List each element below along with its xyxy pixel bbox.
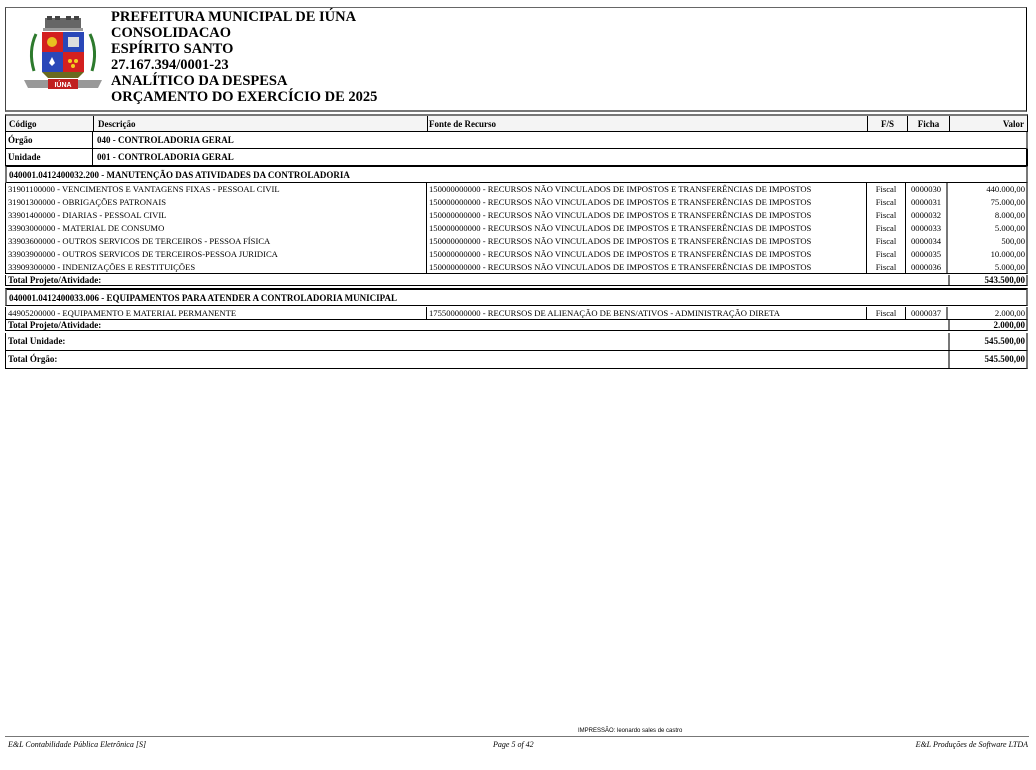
item-fs: Fiscal <box>866 235 906 248</box>
item-fs: Fiscal <box>866 307 906 319</box>
item-descricao: 31901300000 - OBRIGAÇÕES PATRONAIS <box>8 196 426 209</box>
item-fs: Fiscal <box>866 222 906 235</box>
page-number: Page 5 of 42 <box>493 740 534 749</box>
item-descricao: 31901100000 - VENCIMENTOS E VANTAGENS FI… <box>8 183 426 196</box>
total-unidade-row: Total Unidade: 545.500,00 <box>5 333 1028 351</box>
item-ficha: 0000036 <box>906 261 948 273</box>
item-valor: 500,00 <box>948 235 1027 248</box>
report-type: ANALÍTICO DA DESPESA <box>111 73 377 89</box>
table-row: 33909300000 - INDENIZAÇÕES E RESTITUIÇÕE… <box>5 261 1028 274</box>
table-row: 44905200000 - EQUIPAMENTO E MATERIAL PER… <box>5 307 1028 320</box>
item-ficha: 0000032 <box>906 209 948 222</box>
col-descricao: Descrição <box>93 116 427 132</box>
item-ficha: 0000034 <box>906 235 948 248</box>
footer-company-name: E&L Produções de Software LTDA <box>916 740 1028 749</box>
project-total-label: Total Projeto/Atividade: <box>8 320 408 330</box>
item-fs: Fiscal <box>866 261 906 273</box>
consolidation-label: CONSOLIDACAO <box>111 25 377 41</box>
item-valor: 5.000,00 <box>948 222 1027 235</box>
item-descricao: 33903900000 - OUTROS SERVICOS DE TERCEIR… <box>8 248 426 261</box>
item-fonte: 150000000000 - RECURSOS NÃO VINCULADOS D… <box>426 222 866 235</box>
footer-system-name: E&L Contabilidade Pública Eletrônica [S] <box>8 740 146 749</box>
budget-year: ORÇAMENTO DO EXERCÍCIO DE 2025 <box>111 89 377 105</box>
table-row: 33903000000 - MATERIAL DE CONSUMO1500000… <box>5 222 1028 235</box>
project-title-row: 040001.0412400032.200 - MANUTENÇÃO DAS A… <box>5 166 1028 183</box>
item-ficha: 0000030 <box>906 183 948 196</box>
item-fonte: 150000000000 - RECURSOS NÃO VINCULADOS D… <box>426 183 866 196</box>
item-valor: 10.000,00 <box>948 248 1027 261</box>
table-row: 31901300000 - OBRIGAÇÕES PATRONAIS150000… <box>5 196 1028 209</box>
project-total-row: Total Projeto/Atividade: 2.000,00 <box>5 320 1028 331</box>
item-fs: Fiscal <box>866 196 906 209</box>
orgao-value: 040 - CONTROLADORIA GERAL <box>92 132 992 148</box>
item-ficha: 0000031 <box>906 196 948 209</box>
item-valor: 8.000,00 <box>948 209 1027 222</box>
table-row: 33901400000 - DIARIAS - PESSOAL CIVIL150… <box>5 209 1028 222</box>
state-name: ESPÍRITO SANTO <box>111 41 377 57</box>
item-descricao: 33901400000 - DIARIAS - PESSOAL CIVIL <box>8 209 426 222</box>
item-valor: 2.000,00 <box>948 307 1027 319</box>
table-column-header: Código Descrição Fonte de Recurso F/S Fi… <box>5 114 1028 132</box>
item-fs: Fiscal <box>866 209 906 222</box>
unidade-label: Unidade <box>8 149 92 165</box>
report-header: IÚNA PREFEITURA MUNICIPAL DE IÚNA CONSOL… <box>5 7 1027 112</box>
svg-text:IÚNA: IÚNA <box>54 80 71 89</box>
item-fs: Fiscal <box>866 248 906 261</box>
item-valor: 5.000,00 <box>948 261 1027 273</box>
item-ficha: 0000037 <box>906 307 948 319</box>
item-ficha: 0000035 <box>906 248 948 261</box>
col-valor: Valor <box>949 116 1027 132</box>
item-descricao: 33903000000 - MATERIAL DE CONSUMO <box>8 222 426 235</box>
printed-by: IMPRESSÃO: leonardo sales de castro <box>578 728 682 734</box>
project-title: 040001.0412400033.006 - EQUIPAMENTOS PAR… <box>9 290 909 305</box>
item-fonte: 150000000000 - RECURSOS NÃO VINCULADOS D… <box>426 235 866 248</box>
item-fonte: 150000000000 - RECURSOS NÃO VINCULADOS D… <box>426 261 866 273</box>
project-total-value: 543.500,00 <box>948 275 1027 285</box>
item-fonte: 150000000000 - RECURSOS NÃO VINCULADOS D… <box>426 196 866 209</box>
item-ficha: 0000033 <box>906 222 948 235</box>
item-valor: 75.000,00 <box>948 196 1027 209</box>
project-title-row: 040001.0412400033.006 - EQUIPAMENTOS PAR… <box>5 288 1028 306</box>
cnpj: 27.167.394/0001-23 <box>111 57 377 73</box>
col-codigo: Código <box>9 116 93 132</box>
item-descricao: 33903600000 - OUTROS SERVICOS DE TERCEIR… <box>8 235 426 248</box>
table-row: 31901100000 - VENCIMENTOS E VANTAGENS FI… <box>5 183 1028 196</box>
table-row: 33903600000 - OUTROS SERVICOS DE TERCEIR… <box>5 235 1028 248</box>
unidade-row: Unidade 001 - CONTROLADORIA GERAL <box>5 149 1028 166</box>
table-row: 33903900000 - OUTROS SERVICOS DE TERCEIR… <box>5 248 1028 261</box>
item-fonte: 150000000000 - RECURSOS NÃO VINCULADOS D… <box>426 248 866 261</box>
project-title: 040001.0412400032.200 - MANUTENÇÃO DAS A… <box>9 167 909 182</box>
item-descricao: 33909300000 - INDENIZAÇÕES E RESTITUIÇÕE… <box>8 261 426 273</box>
item-descricao: 44905200000 - EQUIPAMENTO E MATERIAL PER… <box>8 307 426 319</box>
footer-divider <box>5 736 1029 737</box>
item-fs: Fiscal <box>866 183 906 196</box>
item-valor: 440.000,00 <box>948 183 1027 196</box>
total-unidade-label: Total Unidade: <box>8 333 408 350</box>
col-fonte: Fonte de Recurso <box>427 116 867 132</box>
project-total-row: Total Projeto/Atividade: 543.500,00 <box>5 275 1028 286</box>
col-ficha: Ficha <box>907 116 949 132</box>
item-fonte: 175500000000 - RECURSOS DE ALIENAÇÃO DE … <box>426 307 866 319</box>
report-title-block: PREFEITURA MUNICIPAL DE IÚNA CONSOLIDACA… <box>111 9 377 105</box>
item-fonte: 150000000000 - RECURSOS NÃO VINCULADOS D… <box>426 209 866 222</box>
unidade-value: 001 - CONTROLADORIA GERAL <box>92 149 992 165</box>
orgao-label: Órgão <box>8 132 92 148</box>
orgao-row: Órgão 040 - CONTROLADORIA GERAL <box>5 132 1028 149</box>
project-total-label: Total Projeto/Atividade: <box>8 275 408 285</box>
total-unidade-value: 545.500,00 <box>948 333 1027 350</box>
project-total-value: 2.000,00 <box>948 320 1027 330</box>
municipality-name: PREFEITURA MUNICIPAL DE IÚNA <box>111 9 377 25</box>
total-orgao-row: Total Órgão: 545.500,00 <box>5 351 1028 369</box>
col-fs: F/S <box>867 116 907 132</box>
total-orgao-value: 545.500,00 <box>948 351 1027 368</box>
municipal-coat-of-arms-icon: IÚNA <box>20 16 106 94</box>
total-orgao-label: Total Órgão: <box>8 351 408 368</box>
